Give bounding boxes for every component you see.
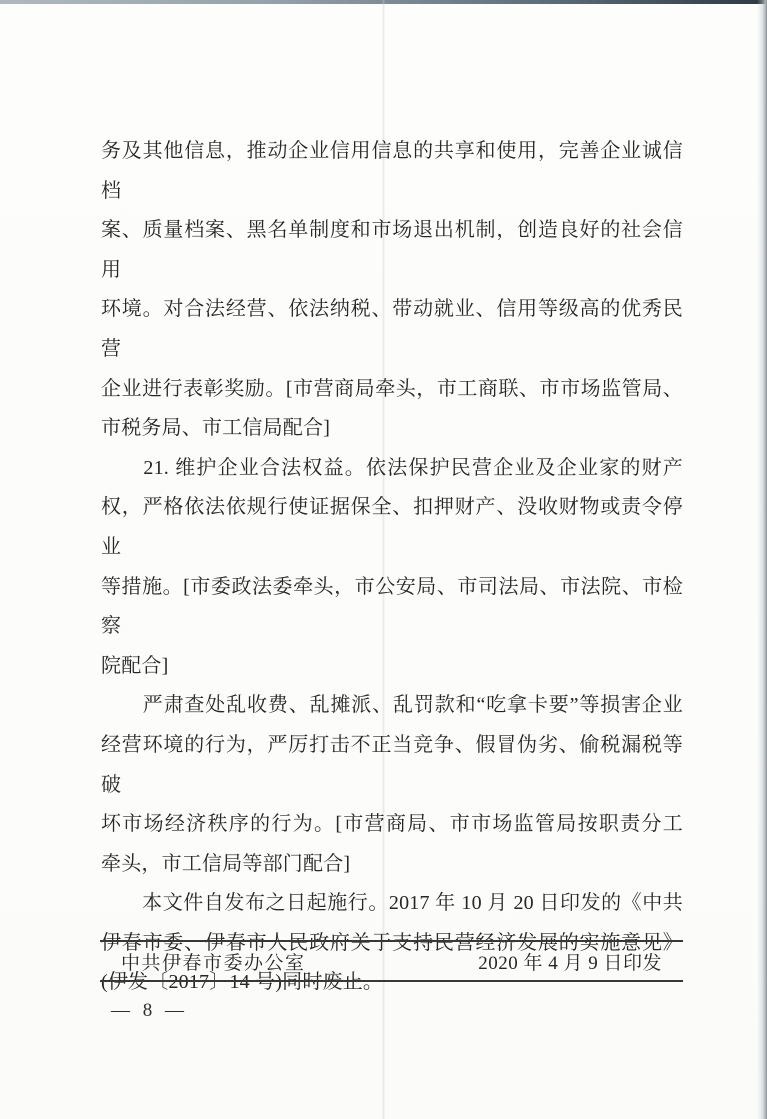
document-body: 务及其他信息，推动企业信用信息的共享和使用，完善企业诚信档案、质量档案、黑名单制… (101, 132, 683, 1003)
text-line: 严肃查处乱收费、乱摊派、乱罚款和“吃拿卡要”等损害企业 (101, 686, 683, 726)
footer-rule-band: 中共伊春市委办公室 2020 年 4 月 9 日印发 (100, 940, 683, 982)
text-line: 21. 维护企业合法权益。依法保护民营企业及企业家的财产 (101, 449, 683, 489)
text-line: 企业进行表彰奖励。[市营商局牵头，市工商联、市市场监管局、 (101, 370, 683, 410)
paragraph: 严肃查处乱收费、乱摊派、乱罚款和“吃拿卡要”等损害企业经营环境的行为，严厉打击不… (101, 686, 683, 884)
text-line: 市税务局、市工信局配合] (101, 409, 683, 449)
text-line: 经营环境的行为，严厉打击不正当竞争、假冒伪劣、偷税漏税等破 (101, 726, 683, 805)
paragraph: 21. 维护企业合法权益。依法保护民营企业及企业家的财产权，严格依法依规行使证据… (101, 449, 683, 687)
text-line: 院配合] (101, 647, 683, 687)
text-line: 牵头，市工信局等部门配合] (101, 845, 683, 885)
text-line: 务及其他信息，推动企业信用信息的共享和使用，完善企业诚信档 (101, 132, 683, 211)
paragraph: 务及其他信息，推动企业信用信息的共享和使用，完善企业诚信档案、质量档案、黑名单制… (101, 132, 683, 449)
footer-print-date: 2020 年 4 月 9 日印发 (478, 948, 662, 975)
text-line: 环境。对合法经营、依法纳税、带动就业、信用等级高的优秀民营 (101, 290, 683, 369)
page-number: — 8 — (111, 1000, 188, 1022)
text-line: 案、质量档案、黑名单制度和市场退出机制，创造良好的社会信用 (101, 211, 683, 290)
text-line: 等措施。[市委政法委牵头，市公安局、市司法局、市法院、市检察 (101, 568, 683, 647)
text-line: 权，严格依法依规行使证据保全、扣押财产、没收财物或责令停业 (101, 488, 683, 567)
text-line: 本文件自发布之日起施行。2017 年 10 月 20 日印发的《中共 (101, 884, 683, 924)
footer-issuing-office: 中共伊春市委办公室 (121, 948, 306, 975)
text-line: 坏市场经济秩序的行为。[市营商局、市市场监管局按职责分工 (101, 805, 683, 845)
scan-right-edge-artifact (757, 0, 767, 1119)
scanned-document-page: 务及其他信息，推动企业信用信息的共享和使用，完善企业诚信档案、质量档案、黑名单制… (0, 0, 767, 1119)
